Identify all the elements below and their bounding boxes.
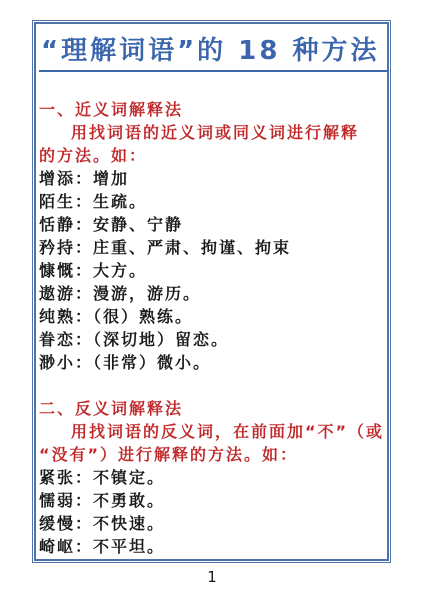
page-border-frame: “理解词语”的 18 种方法 一、近义词解释法 用找词语的近义词或同义词进行解释… <box>32 20 391 563</box>
entry-line: 纯熟：（很）熟练。 <box>39 305 384 328</box>
section-description-line: 用找词语的近义词或同义词进行解释 <box>39 121 384 144</box>
page-content-area: “理解词语”的 18 种方法 一、近义词解释法 用找词语的近义词或同义词进行解释… <box>34 22 389 561</box>
entry-line: 崎岖：不平坦。 <box>39 535 384 558</box>
document-page: “理解词语”的 18 种方法 一、近义词解释法 用找词语的近义词或同义词进行解释… <box>0 0 424 600</box>
entry-line: 恬静：安静、宁静 <box>39 213 384 236</box>
entry-line: 缓慢：不快速。 <box>39 512 384 535</box>
entry-line: 矜持：庄重、严肃、拘谨、拘束 <box>39 236 384 259</box>
entry-line: 遨游：漫游，游历。 <box>39 282 384 305</box>
title-block: “理解词语”的 18 种方法 <box>39 33 384 72</box>
entry-line: 陌生：不熟悉。 <box>39 558 384 561</box>
entry-line: 陌生：生疏。 <box>39 190 384 213</box>
page-title: “理解词语”的 18 种方法 <box>39 33 387 72</box>
entry-line: 眷恋：（深切地）留恋。 <box>39 328 384 351</box>
entry-line: 慷慨：大方。 <box>39 259 384 282</box>
section-synonym-method: 一、近义词解释法 用找词语的近义词或同义词进行解释 的方法。如： 增添：增加 陌… <box>39 98 384 374</box>
entry-line: 渺小：（非常）微小。 <box>39 351 384 374</box>
entry-line: 增添：增加 <box>39 167 384 190</box>
entry-line: 紧张：不镇定。 <box>39 466 384 489</box>
entry-line: 懦弱：不勇敢。 <box>39 489 384 512</box>
section-heading: 一、近义词解释法 <box>39 98 384 121</box>
section-description-line: 用找词语的反义词，在前面加“不”（或 <box>39 420 384 443</box>
page-number: 1 <box>0 568 424 586</box>
section-description-line: 的方法。如： <box>39 144 384 167</box>
section-heading: 二、反义词解释法 <box>39 397 384 420</box>
section-antonym-method: 二、反义词解释法 用找词语的反义词，在前面加“不”（或 “没有”）进行解释的方法… <box>39 397 384 561</box>
section-description-line: “没有”）进行解释的方法。如： <box>39 443 384 466</box>
